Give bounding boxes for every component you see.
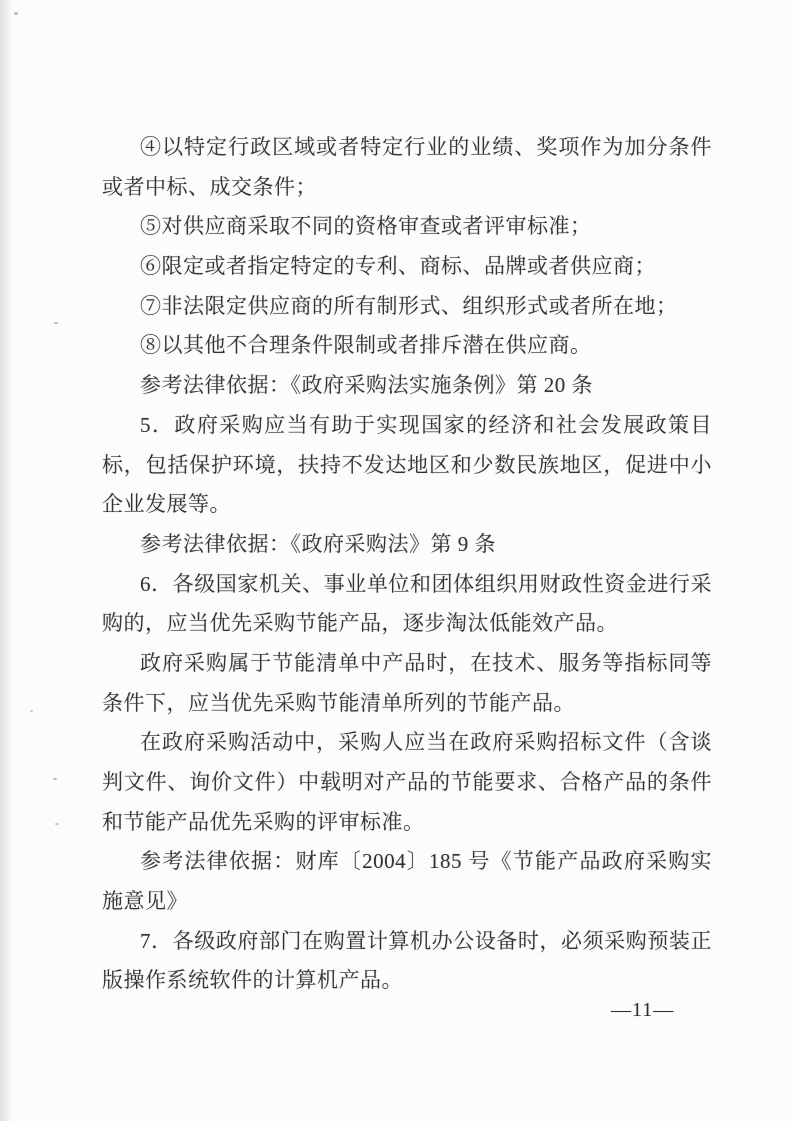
text-line: 参考法律依据：财库〔2004〕185 号《节能产品政府采购实: [102, 842, 712, 882]
text-line: 政府采购属于节能清单中产品时，在技术、服务等指标同等: [102, 644, 712, 684]
text-line: 和节能产品优先采购的评审标准。: [102, 803, 712, 843]
text-line: ⑧以其他不合理条件限制或者排斥潜在供应商。: [102, 326, 712, 366]
text-line: ④以特定行政区域或者特定行业的业绩、奖项作为加分条件: [102, 128, 712, 168]
scan-edge-shadow: [0, 0, 12, 1121]
text-line: 5．政府采购应当有助于实现国家的经济和社会发展政策目: [102, 406, 712, 446]
scan-speck: [14, 12, 18, 15]
scan-speck: [53, 778, 57, 780]
text-line: 企业发展等。: [102, 485, 712, 525]
text-line: 标，包括保护环境，扶持不发达地区和少数民族地区，促进中小: [102, 446, 712, 486]
text-line: 判文件、询价文件）中载明对产品的节能要求、合格产品的条件: [102, 763, 712, 803]
text-line: ⑥限定或者指定特定的专利、商标、品牌或者供应商；: [102, 247, 712, 287]
text-line: 6．各级国家机关、事业单位和团体组织用财政性资金进行采: [102, 565, 712, 605]
text-line: 参考法律依据：《政府采购法》第 9 条: [102, 525, 712, 565]
page-number: —11—: [611, 999, 674, 1022]
scanned-document-page: ④以特定行政区域或者特定行业的业绩、奖项作为加分条件 或者中标、成交条件； ⑤对…: [0, 0, 793, 1121]
text-line: 参考法律依据：《政府采购法实施条例》第 20 条: [102, 366, 712, 406]
text-line: 或者中标、成交条件；: [102, 168, 712, 208]
text-line: ⑦非法限定供应商的所有制形式、组织形式或者所在地；: [102, 287, 712, 327]
text-line: 7．各级政府部门在购置计算机办公设备时，必须采购预装正: [102, 922, 712, 962]
text-line: 施意见》: [102, 882, 712, 922]
scan-speck: [54, 322, 58, 324]
text-line: 在政府采购活动中，采购人应当在政府采购招标文件（含谈: [102, 723, 712, 763]
scan-speck: [30, 710, 33, 712]
text-line: ⑤对供应商采取不同的资格审查或者评审标准；: [102, 207, 712, 247]
text-line: 购的，应当优先采购节能产品，逐步淘汰低能效产品。: [102, 604, 712, 644]
text-line: 版操作系统软件的计算机产品。: [102, 961, 712, 1001]
document-text-block: ④以特定行政区域或者特定行业的业绩、奖项作为加分条件 或者中标、成交条件； ⑤对…: [102, 128, 712, 1001]
text-line: 条件下，应当优先采购节能清单所列的节能产品。: [102, 684, 712, 724]
scan-speck: [55, 823, 59, 825]
